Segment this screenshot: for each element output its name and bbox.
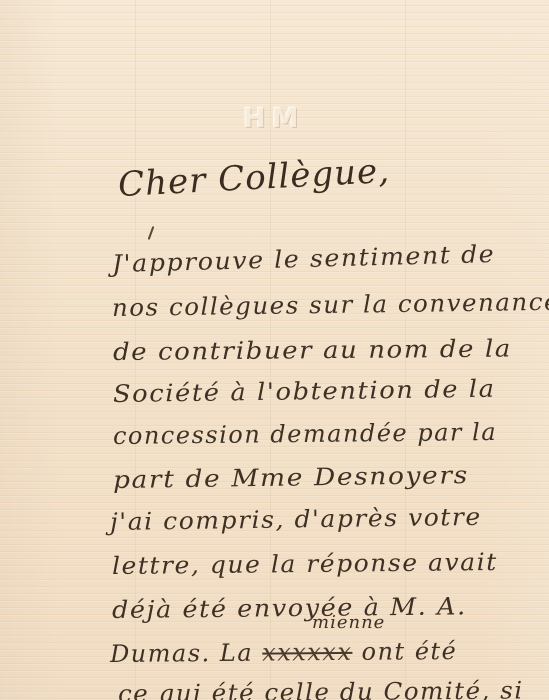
letter-line-6: part de Mme Desnoyers [113, 461, 469, 494]
letter-line-10: Dumas. La xxxxxx ont été [110, 637, 458, 668]
letter-line-5: concession demandée par la [113, 418, 497, 450]
letter-line-4: Société à l'obtention de la [113, 375, 496, 408]
line-10-end: ont été [361, 637, 457, 666]
struck-out-word: xxxxxx [262, 638, 352, 667]
letter-page: HM Cher Collègue, J'approuve le sentimen… [0, 0, 549, 700]
letter-line-9: déjà été envoyée à M. A. [112, 592, 467, 624]
line-10-start: Dumas. La [110, 639, 253, 668]
letter-line-2: nos collègues sur la convenance [112, 288, 549, 322]
letter-line-8: lettre, que la réponse avait [112, 548, 498, 580]
letter-line-11: ce qui été celle du Comité, si [118, 676, 524, 700]
accent-mark [148, 226, 155, 240]
letter-line-1: J'approuve le sentiment de [112, 240, 496, 278]
letter-line-7: j'ai compris, d'après votre [110, 503, 482, 536]
interlinear-insertion: mienne [312, 612, 385, 633]
letter-line-3: de contribuer au nom de la [113, 335, 512, 366]
salutation: Cher Collègue, [117, 151, 391, 205]
embossed-monogram: HM [243, 103, 304, 134]
